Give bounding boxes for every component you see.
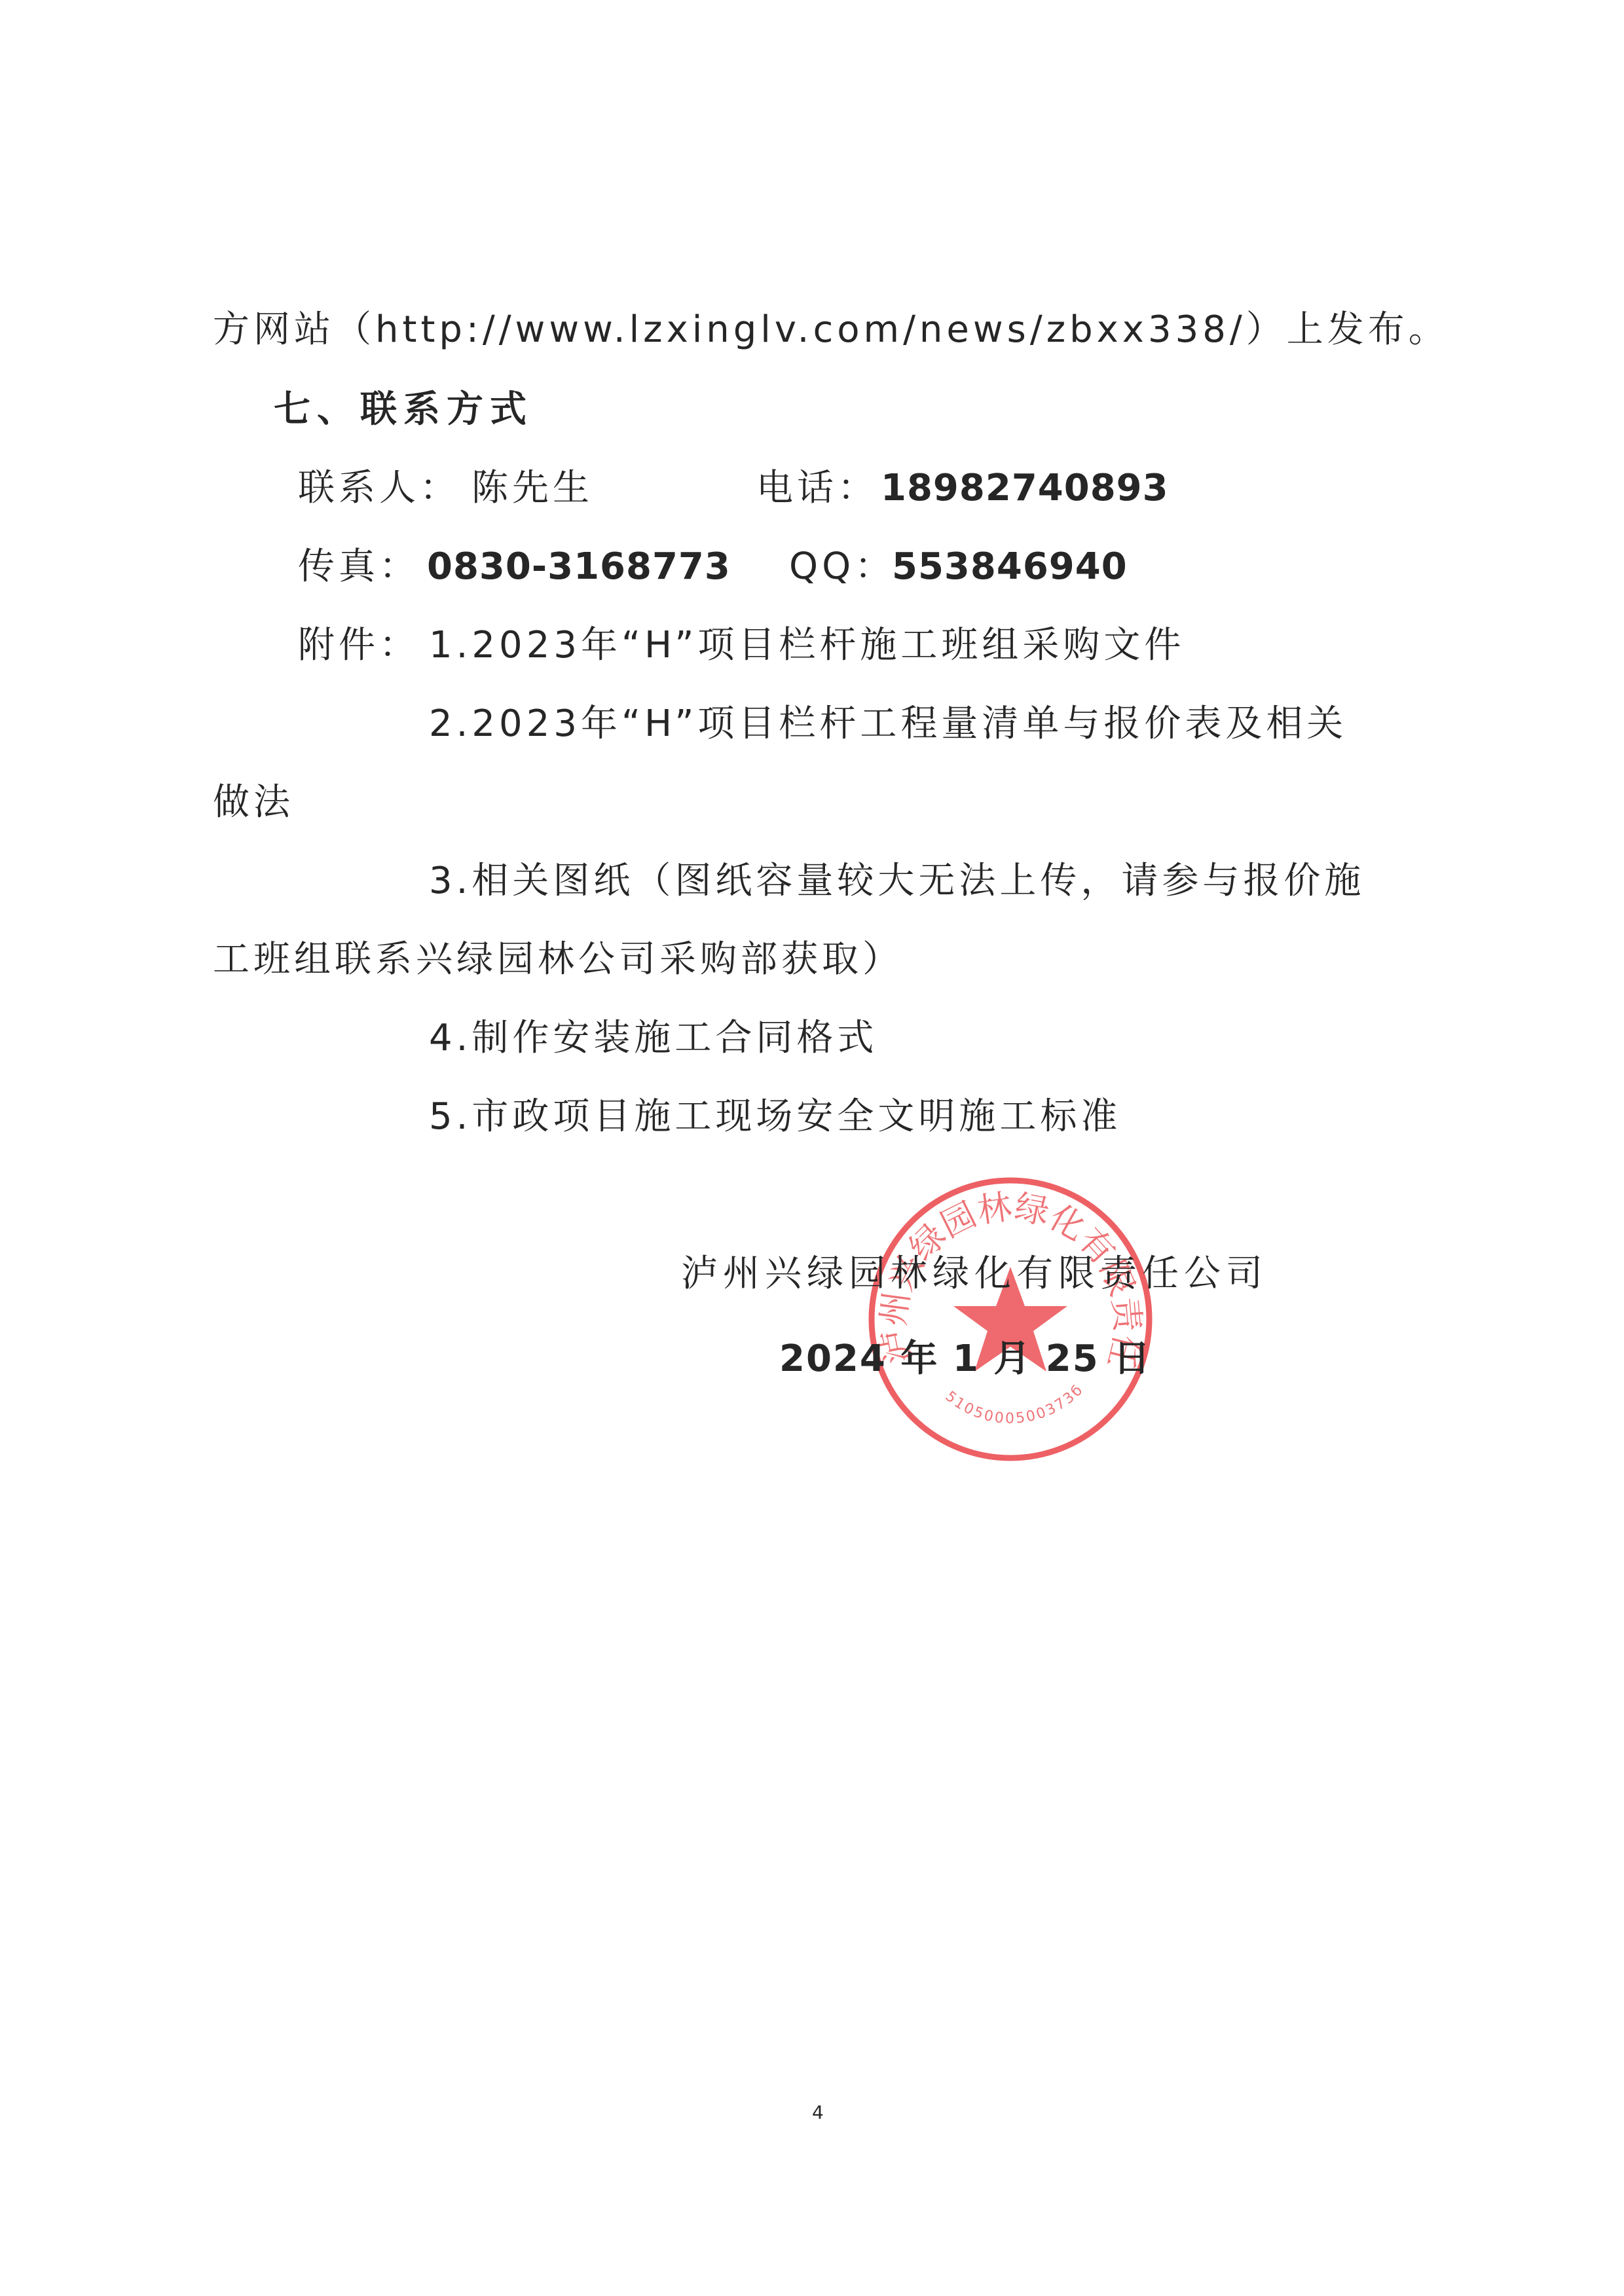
attachment-item-3: 3.相关图纸（图纸容量较大无法上传，请参与报价施 bbox=[429, 858, 1365, 905]
attachment-item-2-cont: 做法 bbox=[213, 779, 294, 826]
attachment-item-3-cont: 工班组联系兴绿园林公司采购部获取） bbox=[213, 936, 903, 983]
attachments-label: 附件： bbox=[298, 622, 420, 669]
signature-date: 2024 年 1 月 25 日 bbox=[779, 1336, 1151, 1383]
attachment-item-4: 4.制作安装施工合同格式 bbox=[429, 1015, 877, 1062]
fax-label: 传真： bbox=[298, 543, 420, 591]
attachment-item-2: 2.2023年“H”项目栏杆工程量清单与报价表及相关 bbox=[429, 701, 1347, 748]
fax-value: 0830-3168773 bbox=[427, 543, 731, 591]
signature-company: 泸州兴绿园林绿化有限责任公司 bbox=[681, 1250, 1268, 1298]
page-number: 4 bbox=[812, 2102, 824, 2123]
section-heading-contact: 七、联系方式 bbox=[274, 386, 533, 433]
url-continuation-line: 方网站（http://www.lzxinglv.com/news/zbxx338… bbox=[213, 306, 1449, 354]
attachment-item-5: 5.市政项目施工现场安全文明施工标准 bbox=[429, 1093, 1121, 1140]
svg-text:5105000500373б: 5105000500373б bbox=[942, 1381, 1088, 1427]
phone-label: 电话： bbox=[756, 465, 878, 512]
phone-value: 18982740893 bbox=[881, 465, 1169, 512]
contact-person-label: 联系人： bbox=[298, 465, 460, 512]
qq-value: 553846940 bbox=[892, 543, 1128, 591]
contact-person-value: 陈先生 bbox=[471, 465, 593, 512]
company-seal-stamp: 泸州兴绿园林绿化有限责任公司 5105000500373б bbox=[863, 1172, 1158, 1467]
attachment-item-1: 1.2023年“H”项目栏杆施工班组采购文件 bbox=[429, 622, 1185, 669]
qq-label: QQ： bbox=[789, 543, 895, 591]
